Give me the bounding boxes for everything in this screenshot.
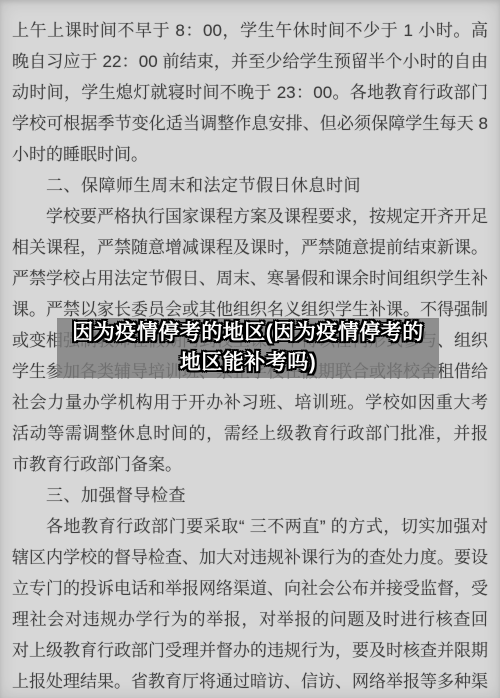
text-line: 晚自习应于 22：00 前结束，并至少给学生预留半个小时的自由活 [12,46,488,77]
text-line: 动时间，学生熄灯就寝时间不晚于 23：00。各地教育行政部门和 [12,77,488,108]
text-line: 严禁学校占用法定节假日、周末、寒暑假和课余时间组织学生补 [12,263,488,294]
text-line: 学校可根据季节变化适当调整作息安排、但必须保障学生每天 8 [12,108,488,139]
text-line: 社会力量办学机构用于开办补习班、培训班。学校如因重大考试、 [12,387,488,418]
section-heading: 三、加强督导检查 [12,480,488,511]
text-line: 对上级教育行政部门受理并督办的违规行为，要及时核查并限期 [12,635,488,666]
watermark-title-overlay: 因为疫情停考的地区(因为疫情停考的 地区能补考吗) [57,318,439,378]
text-line: 辖区内学校的督导检查、加大对违规补课行为的查处力度。要设 [12,542,488,573]
section-heading: 二、保障师生周末和法定节假日休息时间 [12,170,488,201]
overlay-title-line-2: 地区能补考吗) [180,348,317,378]
text-line: 理社会对违规办学行为的举报，对举报的问题及时进行核查回复。 [12,604,488,635]
overlay-title-line-1: 因为疫情停考的地区(因为疫情停考的 [72,318,424,348]
text-line: 各地教育行政部门要采取“ 三不两直” 的方式，切实加强对 [12,511,488,542]
text-line: 学校要严格执行国家课程方案及课程要求，按规定开齐开足 [12,201,488,232]
document-photo-page: 上午上课时间不早于 8：00，学生午休时间不少于 1 小时。高中晚自习应于 22… [0,0,500,698]
text-line: 小时的睡眠时间。 [12,139,488,170]
text-line: 相关课程，严禁随意增减课程及课时，严禁随意提前结束新课。 [12,232,488,263]
text-line: 上报处理结果。省教育厅将通过暗访、信访、网络举报等多种渠 [12,666,488,697]
text-line: 活动等需调整休息时间的，需经上级教育行政部门批准，并报省、 [12,418,488,449]
text-line: 立专门的投诉电话和举报网络渠道、向社会公布并接受监督，受 [12,573,488,604]
text-line: 上午上课时间不早于 8：00，学生午休时间不少于 1 小时。高中 [12,15,488,46]
text-line: 市教育行政部门备案。 [12,449,488,480]
